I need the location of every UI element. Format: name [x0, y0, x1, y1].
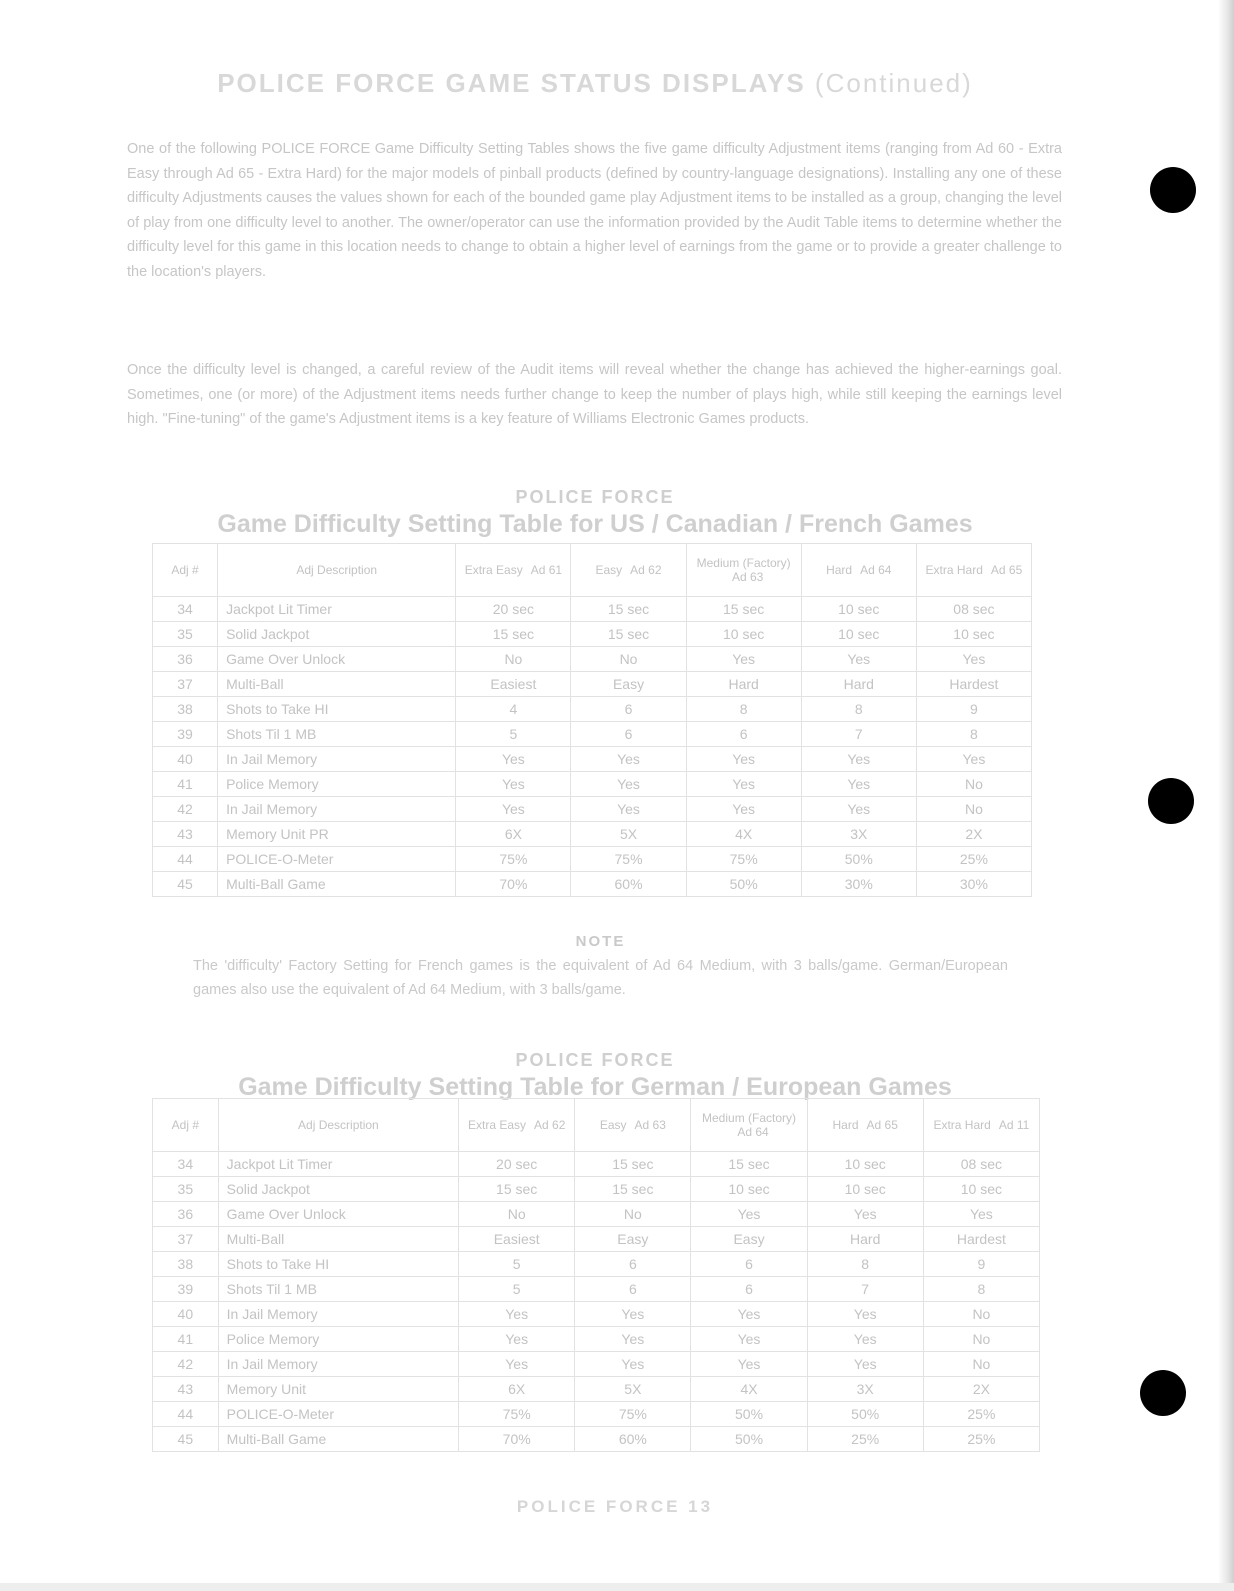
setting-value-cell: 30% — [916, 872, 1031, 897]
adj-description-cell: Jackpot Lit Timer — [218, 1152, 458, 1177]
setting-value-cell: 8 — [916, 722, 1031, 747]
setting-value-cell: 75% — [456, 847, 571, 872]
setting-value-cell: Yes — [923, 1202, 1039, 1227]
table-row: 45Multi-Ball Game70%60%50%30%30% — [153, 872, 1032, 897]
adj-number-cell: 36 — [153, 1202, 219, 1227]
adj-description-cell: In Jail Memory — [218, 1352, 458, 1377]
header-adj-description: Adj Description — [218, 1099, 458, 1152]
setting-value-cell: 5 — [456, 722, 571, 747]
setting-value-cell: Easy — [691, 1227, 807, 1252]
setting-value-cell: 8 — [807, 1252, 923, 1277]
header-difficulty-level: HardAd 65 — [807, 1099, 923, 1152]
level-label: Easy — [595, 563, 622, 577]
adj-description-cell: In Jail Memory — [218, 747, 456, 772]
level-label: Medium (Factory) — [697, 556, 791, 570]
setting-value-cell: 15 sec — [571, 622, 686, 647]
note-text: The 'difficulty' Factory Setting for Fre… — [193, 958, 1008, 998]
adj-number-cell: 36 — [153, 647, 218, 672]
setting-value-cell: 2X — [916, 822, 1031, 847]
adj-number-cell: 42 — [153, 1352, 219, 1377]
setting-value-cell: 10 sec — [916, 622, 1031, 647]
setting-value-cell: 4 — [456, 697, 571, 722]
table-row: 38Shots to Take HI46889 — [153, 697, 1032, 722]
table-row: 37Multi-BallEasiestEasyEasyHardHardest — [153, 1227, 1040, 1252]
level-label: Hard — [833, 1118, 859, 1132]
level-adjustment-number: Ad 64 — [860, 563, 891, 577]
adj-description-cell: In Jail Memory — [218, 1302, 458, 1327]
us-table-title: Game Difficulty Setting Table for US / C… — [0, 510, 1190, 539]
level-adjustment-number: Ad 65 — [867, 1118, 898, 1132]
table-row: 44POLICE-O-Meter75%75%75%50%25% — [153, 847, 1032, 872]
setting-value-cell: 6 — [571, 697, 686, 722]
adj-number-cell: 40 — [153, 1302, 219, 1327]
page-title-main: POLICE FORCE GAME STATUS DISPLAYS — [217, 68, 805, 98]
setting-value-cell: Yes — [459, 1302, 575, 1327]
table-row: 39Shots Til 1 MB56678 — [153, 722, 1032, 747]
table-row: 44POLICE-O-Meter75%75%50%50%25% — [153, 1402, 1040, 1427]
adj-description-cell: Jackpot Lit Timer — [218, 597, 456, 622]
binder-hole-icon — [1150, 167, 1196, 213]
setting-value-cell: No — [456, 647, 571, 672]
page-edge-shadow — [1218, 0, 1234, 1591]
setting-value-cell: 75% — [575, 1402, 691, 1427]
adj-number-cell: 37 — [153, 672, 218, 697]
page-title: POLICE FORCE GAME STATUS DISPLAYS (Conti… — [0, 68, 1190, 99]
setting-value-cell: No — [923, 1352, 1039, 1377]
adj-number-cell: 45 — [153, 1427, 219, 1452]
us-table-brand: POLICE FORCE — [0, 487, 1190, 508]
setting-value-cell: No — [571, 647, 686, 672]
adj-number-cell: 34 — [153, 1152, 219, 1177]
header-difficulty-level: Extra EasyAd 61 — [456, 544, 571, 597]
adj-description-cell: Game Over Unlock — [218, 647, 456, 672]
adj-description-cell: Shots to Take HI — [218, 1252, 458, 1277]
us-table-heading: POLICE FORCE Game Difficulty Setting Tab… — [0, 487, 1190, 539]
page-bottom-edge — [0, 1583, 1234, 1591]
level-label: Extra Hard — [933, 1118, 990, 1132]
adj-description-cell: Shots Til 1 MB — [218, 722, 456, 747]
adj-description-cell: Shots Til 1 MB — [218, 1277, 458, 1302]
adj-description-cell: Multi-Ball — [218, 1227, 458, 1252]
setting-value-cell: 10 sec — [923, 1177, 1039, 1202]
setting-value-cell: Hard — [686, 672, 801, 697]
setting-value-cell: No — [916, 797, 1031, 822]
setting-value-cell: 15 sec — [691, 1152, 807, 1177]
setting-value-cell: 3X — [807, 1377, 923, 1402]
setting-value-cell: 50% — [691, 1402, 807, 1427]
adj-description-cell: In Jail Memory — [218, 797, 456, 822]
table-row: 34Jackpot Lit Timer20 sec15 sec15 sec10 … — [153, 1152, 1040, 1177]
table-header-row: Adj #Adj DescriptionExtra EasyAd 62EasyA… — [153, 1099, 1040, 1152]
level-adjustment-number: Ad 63 — [635, 1118, 666, 1132]
table-row: 36Game Over UnlockNoNoYesYesYes — [153, 647, 1032, 672]
setting-value-cell: 6 — [575, 1277, 691, 1302]
note-box: NOTE The 'difficulty' Factory Setting fo… — [193, 930, 1008, 1002]
setting-value-cell: Yes — [456, 797, 571, 822]
table-row: 41Police MemoryYesYesYesYesNo — [153, 772, 1032, 797]
setting-value-cell: Yes — [807, 1352, 923, 1377]
setting-value-cell: 15 sec — [459, 1177, 575, 1202]
setting-value-cell: 50% — [691, 1427, 807, 1452]
setting-value-cell: Yes — [686, 747, 801, 772]
table-row: 39Shots Til 1 MB56678 — [153, 1277, 1040, 1302]
setting-value-cell: 9 — [916, 697, 1031, 722]
setting-value-cell: Yes — [916, 747, 1031, 772]
setting-value-cell: 10 sec — [801, 597, 916, 622]
level-label: Hard — [826, 563, 852, 577]
setting-value-cell: 2X — [923, 1377, 1039, 1402]
setting-value-cell: Yes — [691, 1302, 807, 1327]
setting-value-cell: 75% — [686, 847, 801, 872]
setting-value-cell: Yes — [691, 1202, 807, 1227]
setting-value-cell: No — [916, 772, 1031, 797]
setting-value-cell: 6 — [686, 722, 801, 747]
table-row: 41Police MemoryYesYesYesYesNo — [153, 1327, 1040, 1352]
table-row: 43Memory Unit6X5X4X3X2X — [153, 1377, 1040, 1402]
setting-value-cell: 50% — [801, 847, 916, 872]
eu-difficulty-table: Adj #Adj DescriptionExtra EasyAd 62EasyA… — [152, 1098, 1040, 1452]
adj-number-cell: 37 — [153, 1227, 219, 1252]
setting-value-cell: 5 — [459, 1252, 575, 1277]
adj-description-cell: Police Memory — [218, 1327, 458, 1352]
header-difficulty-level: Extra EasyAd 62 — [459, 1099, 575, 1152]
table-row: 40In Jail MemoryYesYesYesYesNo — [153, 1302, 1040, 1327]
eu-table-heading: POLICE FORCE Game Difficulty Setting Tab… — [0, 1050, 1190, 1102]
setting-value-cell: 6 — [575, 1252, 691, 1277]
adj-number-cell: 35 — [153, 622, 218, 647]
setting-value-cell: 15 sec — [571, 597, 686, 622]
setting-value-cell: 60% — [575, 1427, 691, 1452]
table-row: 42In Jail MemoryYesYesYesYesNo — [153, 1352, 1040, 1377]
level-adjustment-number: Ad 61 — [531, 563, 562, 577]
header-adj-description: Adj Description — [218, 544, 456, 597]
adj-number-cell: 35 — [153, 1177, 219, 1202]
adj-number-cell: 43 — [153, 822, 218, 847]
setting-value-cell: 08 sec — [923, 1152, 1039, 1177]
setting-value-cell: Hard — [801, 672, 916, 697]
level-adjustment-number: Ad 63 — [732, 570, 763, 584]
setting-value-cell: 5X — [571, 822, 686, 847]
adj-number-cell: 39 — [153, 1277, 219, 1302]
table-header-row: Adj #Adj DescriptionExtra EasyAd 61EasyA… — [153, 544, 1032, 597]
setting-value-cell: Yes — [456, 747, 571, 772]
page-title-continued: (Continued) — [815, 68, 973, 98]
setting-value-cell: 10 sec — [691, 1177, 807, 1202]
note-title: NOTE — [193, 930, 1008, 954]
adj-number-cell: 44 — [153, 1402, 219, 1427]
header-adj-number: Adj # — [153, 1099, 219, 1152]
setting-value-cell: 10 sec — [807, 1177, 923, 1202]
setting-value-cell: 60% — [571, 872, 686, 897]
adj-description-cell: Memory Unit — [218, 1377, 458, 1402]
setting-value-cell: Yes — [691, 1352, 807, 1377]
header-difficulty-level: Extra HardAd 11 — [923, 1099, 1039, 1152]
setting-value-cell: No — [923, 1327, 1039, 1352]
setting-value-cell: Yes — [686, 797, 801, 822]
setting-value-cell: Yes — [801, 647, 916, 672]
intro-paragraph: One of the following POLICE FORCE Game D… — [127, 137, 1062, 285]
adj-number-cell: 41 — [153, 772, 218, 797]
setting-value-cell: Yes — [807, 1327, 923, 1352]
setting-value-cell: 4X — [691, 1377, 807, 1402]
setting-value-cell: 50% — [686, 872, 801, 897]
setting-value-cell: 08 sec — [916, 597, 1031, 622]
setting-value-cell: 15 sec — [575, 1152, 691, 1177]
adj-description-cell: Memory Unit PR — [218, 822, 456, 847]
setting-value-cell: No — [923, 1302, 1039, 1327]
adj-description-cell: Multi-Ball Game — [218, 872, 456, 897]
setting-value-cell: 3X — [801, 822, 916, 847]
setting-value-cell: 75% — [571, 847, 686, 872]
setting-value-cell: 70% — [456, 872, 571, 897]
setting-value-cell: 6 — [691, 1277, 807, 1302]
setting-value-cell: 15 sec — [575, 1177, 691, 1202]
adj-number-cell: 34 — [153, 597, 218, 622]
setting-value-cell: 50% — [807, 1402, 923, 1427]
adj-description-cell: Multi-Ball — [218, 672, 456, 697]
setting-value-cell: Easy — [571, 672, 686, 697]
header-difficulty-level: EasyAd 62 — [571, 544, 686, 597]
setting-value-cell: 7 — [807, 1277, 923, 1302]
setting-value-cell: Yes — [571, 772, 686, 797]
setting-value-cell: Yes — [459, 1327, 575, 1352]
setting-value-cell: 9 — [923, 1252, 1039, 1277]
setting-value-cell: 6X — [456, 822, 571, 847]
binder-hole-icon — [1140, 1370, 1186, 1416]
adj-number-cell: 45 — [153, 872, 218, 897]
table-row: 37Multi-BallEasiestEasyHardHardHardest — [153, 672, 1032, 697]
setting-value-cell: No — [459, 1202, 575, 1227]
setting-value-cell: Yes — [916, 647, 1031, 672]
level-adjustment-number: Ad 11 — [999, 1118, 1029, 1132]
setting-value-cell: 5X — [575, 1377, 691, 1402]
level-label: Extra Easy — [468, 1118, 526, 1132]
binder-hole-icon — [1148, 778, 1194, 824]
setting-value-cell: Yes — [686, 647, 801, 672]
adj-number-cell: 38 — [153, 697, 218, 722]
setting-value-cell: 25% — [916, 847, 1031, 872]
adj-number-cell: 40 — [153, 747, 218, 772]
setting-value-cell: 25% — [923, 1402, 1039, 1427]
adj-description-cell: Solid Jackpot — [218, 1177, 458, 1202]
adj-description-cell: Police Memory — [218, 772, 456, 797]
setting-value-cell: 30% — [801, 872, 916, 897]
setting-value-cell: Yes — [459, 1352, 575, 1377]
adj-number-cell: 43 — [153, 1377, 219, 1402]
setting-value-cell: 5 — [459, 1277, 575, 1302]
adj-number-cell: 44 — [153, 847, 218, 872]
setting-value-cell: Yes — [456, 772, 571, 797]
adj-description-cell: Game Over Unlock — [218, 1202, 458, 1227]
table-row: 45Multi-Ball Game70%60%50%25%25% — [153, 1427, 1040, 1452]
setting-value-cell: Yes — [575, 1302, 691, 1327]
setting-value-cell: Yes — [575, 1352, 691, 1377]
setting-value-cell: 7 — [801, 722, 916, 747]
setting-value-cell: Yes — [801, 772, 916, 797]
setting-value-cell: 8 — [923, 1277, 1039, 1302]
setting-value-cell: 10 sec — [801, 622, 916, 647]
setting-value-cell: 75% — [459, 1402, 575, 1427]
adj-description-cell: POLICE-O-Meter — [218, 847, 456, 872]
eu-table-brand: POLICE FORCE — [0, 1050, 1190, 1071]
table-row: 42In Jail MemoryYesYesYesYesNo — [153, 797, 1032, 822]
header-adj-number: Adj # — [153, 544, 218, 597]
setting-value-cell: 25% — [923, 1427, 1039, 1452]
setting-value-cell: 15 sec — [456, 622, 571, 647]
setting-value-cell: Yes — [575, 1327, 691, 1352]
setting-value-cell: Easiest — [459, 1227, 575, 1252]
table-row: 38Shots to Take HI56689 — [153, 1252, 1040, 1277]
setting-value-cell: No — [575, 1202, 691, 1227]
adj-number-cell: 41 — [153, 1327, 219, 1352]
setting-value-cell: Yes — [686, 772, 801, 797]
setting-value-cell: Hardest — [923, 1227, 1039, 1252]
setting-value-cell: 8 — [801, 697, 916, 722]
level-adjustment-number: Ad 64 — [737, 1125, 768, 1139]
setting-value-cell: Yes — [801, 797, 916, 822]
header-difficulty-level: Extra HardAd 65 — [916, 544, 1031, 597]
setting-value-cell: Hardest — [916, 672, 1031, 697]
page-footer: POLICE FORCE 13 — [0, 1497, 1230, 1517]
level-label: Easy — [600, 1118, 627, 1132]
adj-number-cell: 38 — [153, 1252, 219, 1277]
setting-value-cell: Yes — [691, 1327, 807, 1352]
us-difficulty-table: Adj #Adj DescriptionExtra EasyAd 61EasyA… — [152, 543, 1032, 897]
level-label: Medium (Factory) — [702, 1111, 796, 1125]
level-label: Extra Easy — [465, 563, 523, 577]
setting-value-cell: Easiest — [456, 672, 571, 697]
setting-value-cell: 10 sec — [686, 622, 801, 647]
adj-description-cell: Multi-Ball Game — [218, 1427, 458, 1452]
adj-description-cell: Solid Jackpot — [218, 622, 456, 647]
setting-value-cell: Yes — [801, 747, 916, 772]
table-row: 35Solid Jackpot15 sec15 sec10 sec10 sec1… — [153, 622, 1032, 647]
table-row: 34Jackpot Lit Timer20 sec15 sec15 sec10 … — [153, 597, 1032, 622]
setting-value-cell: 25% — [807, 1427, 923, 1452]
table-row: 36Game Over UnlockNoNoYesYesYes — [153, 1202, 1040, 1227]
adj-description-cell: Shots to Take HI — [218, 697, 456, 722]
setting-value-cell: 6X — [459, 1377, 575, 1402]
setting-value-cell: 15 sec — [686, 597, 801, 622]
setting-value-cell: 4X — [686, 822, 801, 847]
setting-value-cell: Yes — [807, 1302, 923, 1327]
fine-tuning-paragraph: Once the difficulty level is changed, a … — [127, 358, 1062, 432]
header-difficulty-level: EasyAd 63 — [575, 1099, 691, 1152]
header-difficulty-level: HardAd 64 — [801, 544, 916, 597]
table-row: 40In Jail MemoryYesYesYesYesYes — [153, 747, 1032, 772]
setting-value-cell: Yes — [807, 1202, 923, 1227]
setting-value-cell: 10 sec — [807, 1152, 923, 1177]
header-difficulty-level: Medium (Factory)Ad 64 — [691, 1099, 807, 1152]
setting-value-cell: Easy — [575, 1227, 691, 1252]
setting-value-cell: 20 sec — [456, 597, 571, 622]
adj-number-cell: 42 — [153, 797, 218, 822]
level-adjustment-number: Ad 62 — [630, 563, 661, 577]
setting-value-cell: 6 — [571, 722, 686, 747]
adj-number-cell: 39 — [153, 722, 218, 747]
level-adjustment-number: Ad 65 — [991, 563, 1022, 577]
setting-value-cell: 6 — [691, 1252, 807, 1277]
level-label: Extra Hard — [926, 563, 983, 577]
level-adjustment-number: Ad 62 — [534, 1118, 565, 1132]
header-difficulty-level: Medium (Factory)Ad 63 — [686, 544, 801, 597]
setting-value-cell: Yes — [571, 747, 686, 772]
setting-value-cell: 70% — [459, 1427, 575, 1452]
setting-value-cell: Yes — [571, 797, 686, 822]
setting-value-cell: Hard — [807, 1227, 923, 1252]
table-row: 35Solid Jackpot15 sec15 sec10 sec10 sec1… — [153, 1177, 1040, 1202]
setting-value-cell: 8 — [686, 697, 801, 722]
adj-description-cell: POLICE-O-Meter — [218, 1402, 458, 1427]
table-row: 43Memory Unit PR6X5X4X3X2X — [153, 822, 1032, 847]
setting-value-cell: 20 sec — [459, 1152, 575, 1177]
